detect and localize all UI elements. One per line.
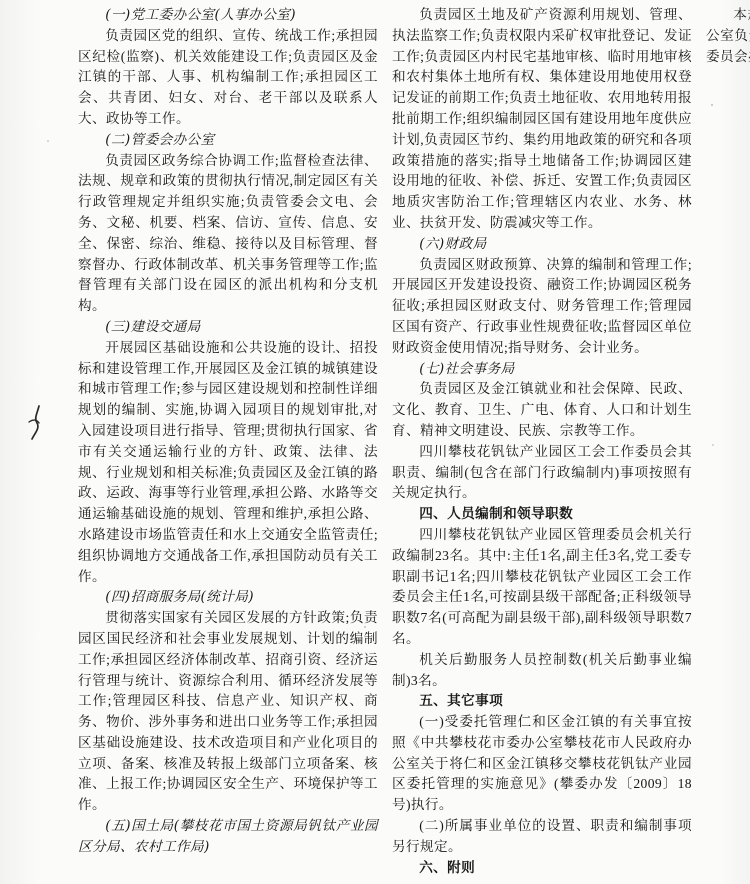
sub-section-heading: (六)财政局: [392, 234, 692, 255]
section-heading: 六、附则: [392, 858, 692, 879]
section-heading: 五、其它事项: [392, 691, 692, 712]
scan-speckle: [47, 140, 49, 142]
sub-section-heading: (五)国土局(攀枝花市国土资源局钒钛产业园区分局、农村工作局): [78, 816, 378, 858]
paragraph: 负责园区政务综合协调工作;监督检查法律、法规、规章和政策的贯彻执行情况,制定园区…: [78, 151, 378, 317]
sub-section-heading: (三)建设交通局: [78, 317, 378, 338]
scan-speckle: [712, 444, 714, 446]
sub-section-heading: (七)社会事务局: [392, 359, 692, 380]
section-heading: 四、人员编制和领导职数: [392, 504, 692, 525]
paragraph: 贯彻落实国家有关园区发展的方针政策;负责园区国民经济和社会事业发展规划、计划的编…: [78, 608, 378, 816]
paragraph: 本规定由中共攀枝花市委机构编制委员会办公室负责解释,其调整由中共攀枝花市委机构编…: [706, 5, 750, 67]
handwritten-pen-mark: [24, 402, 50, 450]
paragraph: 开展园区基础设施和公共设施的设计、招投标和建设管理工作,开展园区及金江镇的城镇建…: [78, 338, 378, 588]
paragraph: 负责园区土地及矿产资源利用规划、管理、执法监察工作;负责权限内采矿权审批登记、发…: [392, 5, 692, 234]
paragraph: 负责园区及金江镇就业和社会保障、民政、文化、教育、卫生、广电、体育、人口和计划生…: [392, 379, 692, 441]
scan-speckle: [364, 626, 366, 628]
document-text: (一)党工委办公室(人事办公室)负责园区党的组织、宣传、统战工作;承担园区纪检(…: [78, 5, 692, 881]
sub-section-heading: (四)招商服务局(统计局): [78, 587, 378, 608]
scanned-document-page: (一)党工委办公室(人事办公室)负责园区党的组织、宣传、统战工作;承担园区纪检(…: [0, 0, 750, 884]
scan-speckle: [711, 104, 713, 106]
paragraph: 机关后勤服务人员控制数(机关后勤事业编制)3名。: [392, 650, 692, 692]
paragraph: (一)受委托管理仁和区金江镇的有关事宜按照《中共攀枝花市委办公室攀枝花市人民政府…: [392, 712, 692, 816]
paragraph: 四川攀枝花钒钛产业园区工会工作委员会其职责、编制(包含在部门行政编制内)事项按照…: [392, 442, 692, 504]
paragraph: 负责园区财政预算、决算的编制和管理工作;开展园区开发建设投资、融资工作;协调园区…: [392, 255, 692, 359]
paragraph: 四川攀枝花钒钛产业园区管理委员会机关行政编制23名。其中:主任1名,副主任3名,…: [392, 525, 692, 650]
paragraph: (二)所属事业单位的设置、职责和编制事项另行规定。: [392, 816, 692, 858]
sub-section-heading: (一)党工委办公室(人事办公室): [78, 5, 378, 26]
scan-speckle: [333, 351, 335, 353]
paragraph: 负责园区党的组织、宣传、统战工作;承担园区纪检(监察)、机关效能建设工作;负责园…: [78, 26, 378, 130]
sub-section-heading: (二)管委会办公室: [78, 130, 378, 151]
